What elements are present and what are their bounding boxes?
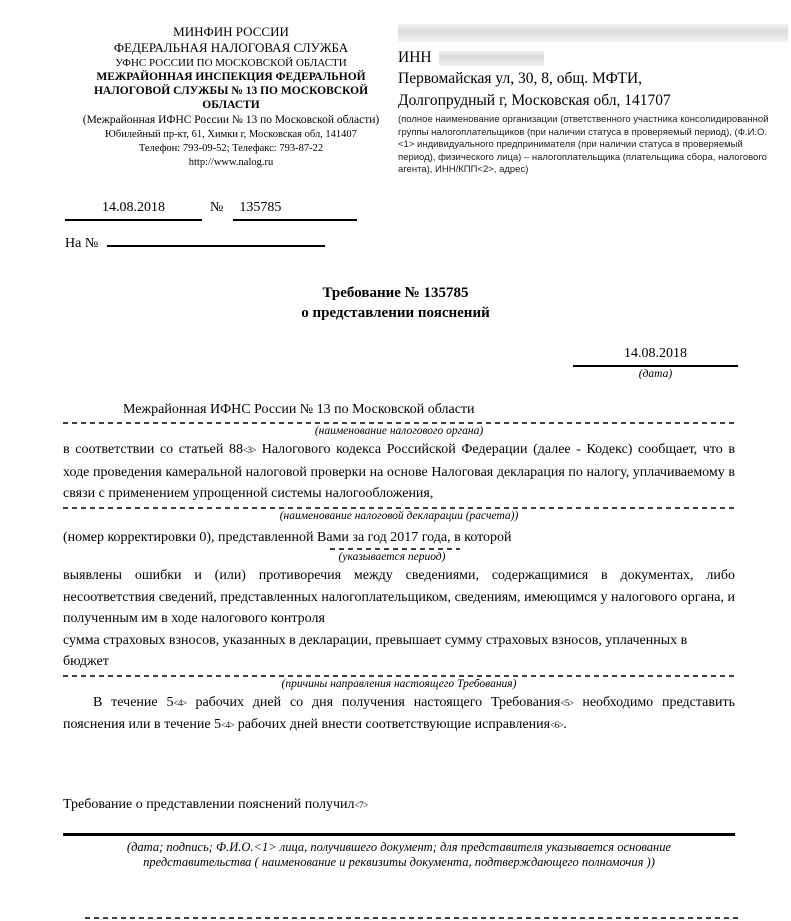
document-title-line2: о представлении пояснений: [0, 303, 791, 323]
intro-text-1: в соответствии со статьей 88: [63, 442, 243, 457]
deadline-paragraph: В течение 5<4> рабочих дней со дня получ…: [63, 692, 735, 737]
footnote-marker-6: <6>: [550, 720, 563, 730]
signature-line: [63, 833, 735, 836]
specific-reason-paragraph: сумма страховых взносов, указанных в дек…: [63, 630, 735, 673]
recipient-address-line2: Долгопрудный г, Московская обл, 141707: [398, 90, 790, 112]
correction-line: (номер корректировки 0), представленной …: [63, 527, 735, 549]
issuer-phones: Телефон: 793-09-52; Телефакс: 793-87-22: [70, 142, 392, 156]
reply-to-label: На №: [65, 236, 98, 251]
footnote-marker-4b: <4>: [221, 720, 234, 730]
date-field: 14.08.2018 (дата): [573, 344, 738, 382]
footnote-marker-5: <5>: [560, 698, 573, 708]
footnote-marker-3: <3>: [243, 445, 256, 455]
reasons-caption: (причины направления настоящего Требован…: [63, 677, 735, 692]
period-caption: (указывается период): [324, 550, 460, 565]
redaction-box-inn: [439, 51, 544, 66]
signature-caption: (дата; подпись; Ф.И.О.<1> лица, получивш…: [75, 840, 723, 871]
recipient-address-line1: Первомайская ул, 30, 8, общ. МФТИ,: [398, 68, 790, 90]
document-body: Межрайонная ИФНС России № 13 по Московск…: [63, 399, 735, 871]
issuer-inspection-short: (Межрайонная ИФНС России № 13 по Московс…: [70, 112, 392, 128]
issuer-ministry: МИНФИН РОССИИ: [70, 24, 392, 40]
issuer-address: Юбилейный пр-кт, 61, Химки г, Московская…: [70, 128, 392, 142]
inn-label: ИНН: [398, 49, 432, 66]
deadline-text-2: рабочих дней со дня получения настоящего…: [187, 695, 561, 710]
tax-authority-caption: (наименование налогового органа): [63, 424, 735, 439]
deadline-text-1: В течение 5: [93, 695, 173, 710]
issuer-inspection: МЕЖРАЙОННАЯ ИНСПЕКЦИЯ ФЕДЕРАЛЬНОЙ НАЛОГО…: [70, 70, 392, 112]
issuer-ufns: УФНС РОССИИ ПО МОСКОВСКОЙ ОБЛАСТИ: [70, 56, 392, 70]
document-title-line1: Требование № 135785: [0, 283, 791, 303]
outgoing-ref-row: 14.08.2018№135785: [65, 200, 357, 221]
recipient-note: (полное наименование организации (ответс…: [398, 114, 772, 177]
deadline-text-4: рабочих дней внести соответствующие испр…: [234, 717, 550, 732]
received-text: Требование о представлении пояснений пол…: [63, 797, 355, 812]
received-line: Требование о представлении пояснений пол…: [63, 794, 735, 816]
declaration-caption: (наименование налоговой декларации (расч…: [63, 509, 735, 524]
footnote-marker-4: <4>: [173, 698, 186, 708]
period-block: (указывается период): [330, 548, 460, 565]
outgoing-date: 14.08.2018: [65, 200, 202, 221]
recipient-block: ИНН Первомайская ул, 30, 8, общ. МФТИ, Д…: [398, 24, 790, 177]
number-sign: №: [210, 200, 223, 215]
deadline-text-5: .: [563, 717, 567, 732]
discrepancies-paragraph: выявлены ошибки и (или) противоречия меж…: [63, 565, 735, 630]
issuer-service: ФЕДЕРАЛЬНАЯ НАЛОГОВАЯ СЛУЖБА: [70, 40, 392, 56]
date-caption: (дата): [573, 367, 738, 382]
footnote-marker-7: <7>: [355, 800, 368, 810]
issuer-block: МИНФИН РОССИИ ФЕДЕРАЛЬНАЯ НАЛОГОВАЯ СЛУЖ…: [70, 24, 392, 170]
document-page: МИНФИН РОССИИ ФЕДЕРАЛЬНАЯ НАЛОГОВАЯ СЛУЖ…: [0, 0, 791, 921]
intro-paragraph: в соответствии со статьей 88<3> Налогово…: [63, 439, 735, 505]
incoming-ref-row: На №: [65, 236, 325, 252]
date-value: 14.08.2018: [573, 344, 738, 367]
issuer-website: http://www.nalog.ru: [70, 156, 392, 170]
outgoing-number: 135785: [233, 200, 357, 221]
tax-authority-name: Межрайонная ИФНС России № 13 по Московск…: [123, 399, 735, 420]
document-title: Требование № 135785 о представлении пояс…: [0, 283, 791, 323]
bottom-dashed-line: [85, 917, 741, 919]
redaction-box-name: [398, 24, 788, 42]
inn-row: ИНН: [398, 47, 790, 68]
reply-to-blank: [107, 242, 325, 247]
